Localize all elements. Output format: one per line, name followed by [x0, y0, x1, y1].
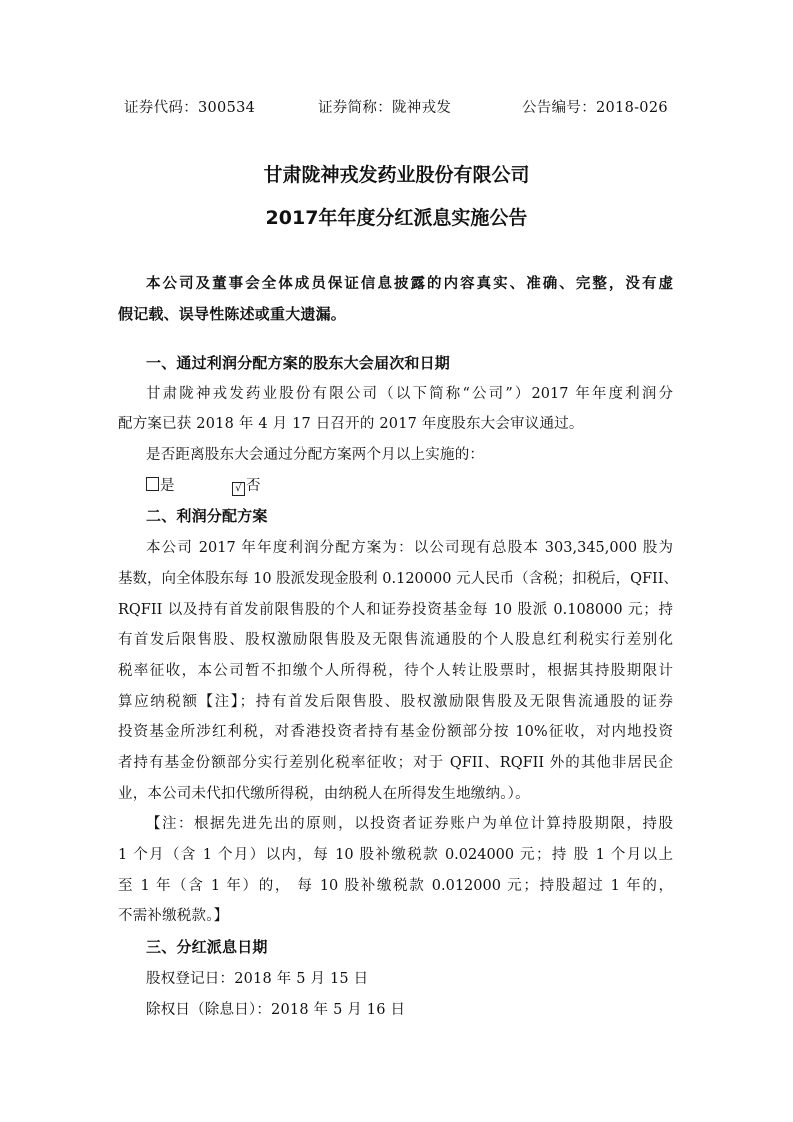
section-2-line: 者持有基金份额部分实行差别化税率征收；对于 QFII、RQFII 外的其他非居民…: [118, 751, 673, 772]
statement-line-1: 本公司及董事会全体成员保证信息披露的内容真实、准确、完整，没有虚: [146, 272, 673, 293]
section-2-line: 有首发后限售股、股权激励限售股及无限售流通股的个人股息红利税实行差别化: [118, 628, 673, 649]
ex-dividend-date: 除权日（除息日）：2018 年 5 月 16 日: [146, 998, 405, 1019]
checkbox-checked-icon: √: [232, 482, 245, 496]
notice-title: 2017年年度分红派息实施公告: [0, 203, 793, 230]
tax-note-line: 不需补缴税款。】: [118, 904, 228, 925]
stock-code: 证券代码：300534: [124, 96, 255, 117]
document-page: 证券代码：300534 证券简称：陇神戎发 公告编号：2018-026 甘肃陇神…: [0, 0, 793, 1122]
implementation-question: 是否距离股东大会通过分配方案两个月以上实施的：: [146, 443, 484, 464]
section-2-line: 基数，向全体股东每 10 股派发现金股利 0.120000 元人民币（含税；扣税…: [118, 567, 673, 588]
record-date: 股权登记日：2018 年 5 月 15 日: [146, 967, 368, 988]
checkbox-unchecked-icon: [146, 477, 159, 491]
statement-line-2: 假记载、误导性陈述或重大遗漏。: [118, 303, 346, 324]
tax-note-line: 至 1 年（含 1 年）的， 每 10 股补缴税款 0.012000 元；持股超…: [118, 874, 673, 895]
section-2-line: 投资基金所涉红利税，对香港投资者持有基金份额部分按 10%征收，对内地投资: [118, 720, 673, 741]
option-no-label: 否: [246, 478, 261, 494]
stock-abbreviation: 证券简称：陇神戎发: [318, 96, 451, 117]
section-1-paragraph-line-2: 配方案已获 2018 年 4 月 17 日召开的 2017 年度股东大会审议通过…: [118, 412, 584, 433]
section-2-line: 本公司 2017 年年度利润分配方案为：以公司现有总股本 303,345,000…: [146, 536, 673, 557]
notice-number: 公告编号：2018-026: [522, 96, 668, 117]
company-title: 甘肃陇神戎发药业股份有限公司: [0, 160, 793, 187]
section-2-line: RQFII 以及持有首发前限售股的个人和证券投资基金每 10 股派 0.1080…: [118, 598, 673, 619]
section-2-line: 算应纳税额【注】；持有首发后限售股、股权激励限售股及无限售流通股的证券: [118, 690, 673, 711]
section-1-paragraph-line-1: 甘肃陇神戎发药业股份有限公司（以下简称“公司”）2017 年年度利润分: [146, 382, 673, 403]
tax-note-line: 1 个月（含 1 个月）以内，每 10 股补缴税款 0.024000 元；持 股…: [118, 843, 673, 864]
option-yes: 是: [146, 474, 175, 495]
section-2-heading: 二、利润分配方案: [146, 505, 268, 526]
section-2-line: 税率征收，本公司暂不扣缴个人所得税，待个人转让股票时，根据其持股期限计: [118, 659, 673, 680]
section-2-line: 业，本公司未代扣代缴所得税，由纳税人在所得发生地缴纳。）。: [118, 782, 530, 803]
option-no: √否: [232, 474, 261, 496]
tax-note-line: 【注：根据先进先出的原则，以投资者证券账户为单位计算持股期限，持股: [146, 812, 673, 833]
section-3-heading: 三、分红派息日期: [146, 936, 268, 957]
section-1-heading: 一、通过利润分配方案的股东大会届次和日期: [146, 352, 450, 373]
option-yes-label: 是: [160, 478, 175, 494]
